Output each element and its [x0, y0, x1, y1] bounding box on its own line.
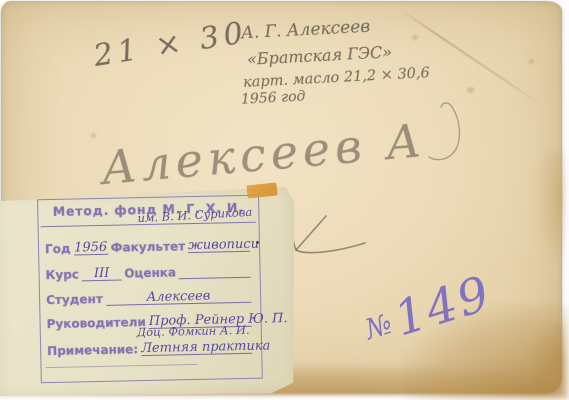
ink-speck	[256, 241, 259, 244]
note-label: Примечание:	[47, 343, 138, 358]
signature-flourish-stroke	[425, 99, 471, 165]
student-row: Студент Алексеев	[46, 285, 254, 307]
fox-spot	[467, 87, 474, 93]
course-grade-row: Курс III Оценка	[45, 260, 253, 282]
faculty-label: Факультет	[111, 240, 186, 255]
course-value: III	[82, 267, 122, 282]
tape-remnant	[246, 182, 277, 198]
pencil-signature: Алексеев А	[99, 113, 428, 195]
note-value: Летняя практика	[141, 340, 252, 356]
inventory-number-value: 149	[388, 265, 498, 347]
numero-sign: №	[361, 307, 396, 346]
inventory-number: № 149	[358, 265, 498, 356]
supervisors-row: Руководители Проф. Рейнер Ю. П.	[46, 309, 254, 331]
label-header-stamp: Метод. фонд М. Г. Х. И.	[40, 200, 256, 220]
fox-spot	[412, 35, 418, 40]
pencil-checkmark-icon	[281, 201, 373, 263]
fox-spot	[529, 59, 534, 64]
year-faculty-row: Год 1956 Факультет живописи	[45, 234, 253, 256]
note-row: Примечание: Летняя практика	[47, 336, 255, 358]
edge-stain-right-lower	[530, 319, 564, 391]
grade-label: Оценка	[124, 266, 176, 280]
water-stain-corner	[403, 304, 568, 399]
water-stain-bottom	[1, 357, 562, 395]
scanned-card: 21 × 30 А. Г. Алексеев «Братская ГЭС» ка…	[0, 0, 569, 400]
header-underline	[41, 222, 256, 228]
pencil-year-note: 1956 год	[241, 88, 306, 107]
year-label: Год	[45, 242, 71, 256]
fold-crease	[397, 7, 546, 108]
pencil-size-note: 21 × 30	[91, 15, 250, 74]
grade-value	[179, 277, 251, 279]
student-value: Алексеев	[106, 289, 252, 306]
course-label: Курс	[45, 268, 79, 282]
blank-rule-line	[46, 364, 198, 368]
student-label: Студент	[46, 293, 103, 307]
supervisors-label: Руководители	[46, 316, 145, 331]
label-header-note: им. В. И. Сурикова	[137, 205, 253, 225]
pencil-medium-note: карт. масло 21,2 × 30,6	[243, 65, 430, 91]
label-stamp-box: Метод. фонд М. Г. Х. И. им. В. И. Сурико…	[37, 195, 263, 384]
year-value: 1956	[73, 241, 107, 256]
faculty-value: живописи	[188, 238, 250, 253]
edge-stain-right-upper	[536, 151, 564, 266]
fox-spot	[305, 156, 310, 160]
pencil-title-note: «Братская ГЭС»	[247, 42, 393, 69]
supervisor-2: Доц. Фомкин А. И.	[137, 323, 250, 339]
fox-spot	[91, 133, 96, 138]
pencil-artist-note: А. Г. Алексеев	[241, 17, 371, 44]
supervisor-1: Проф. Рейнер Ю. П.	[149, 313, 252, 329]
archive-label: Метод. фонд М. Г. Х. И. им. В. И. Сурико…	[0, 187, 298, 399]
paper-verso: 21 × 30 А. Г. Алексеев «Братская ГЭС» ка…	[1, 1, 562, 393]
